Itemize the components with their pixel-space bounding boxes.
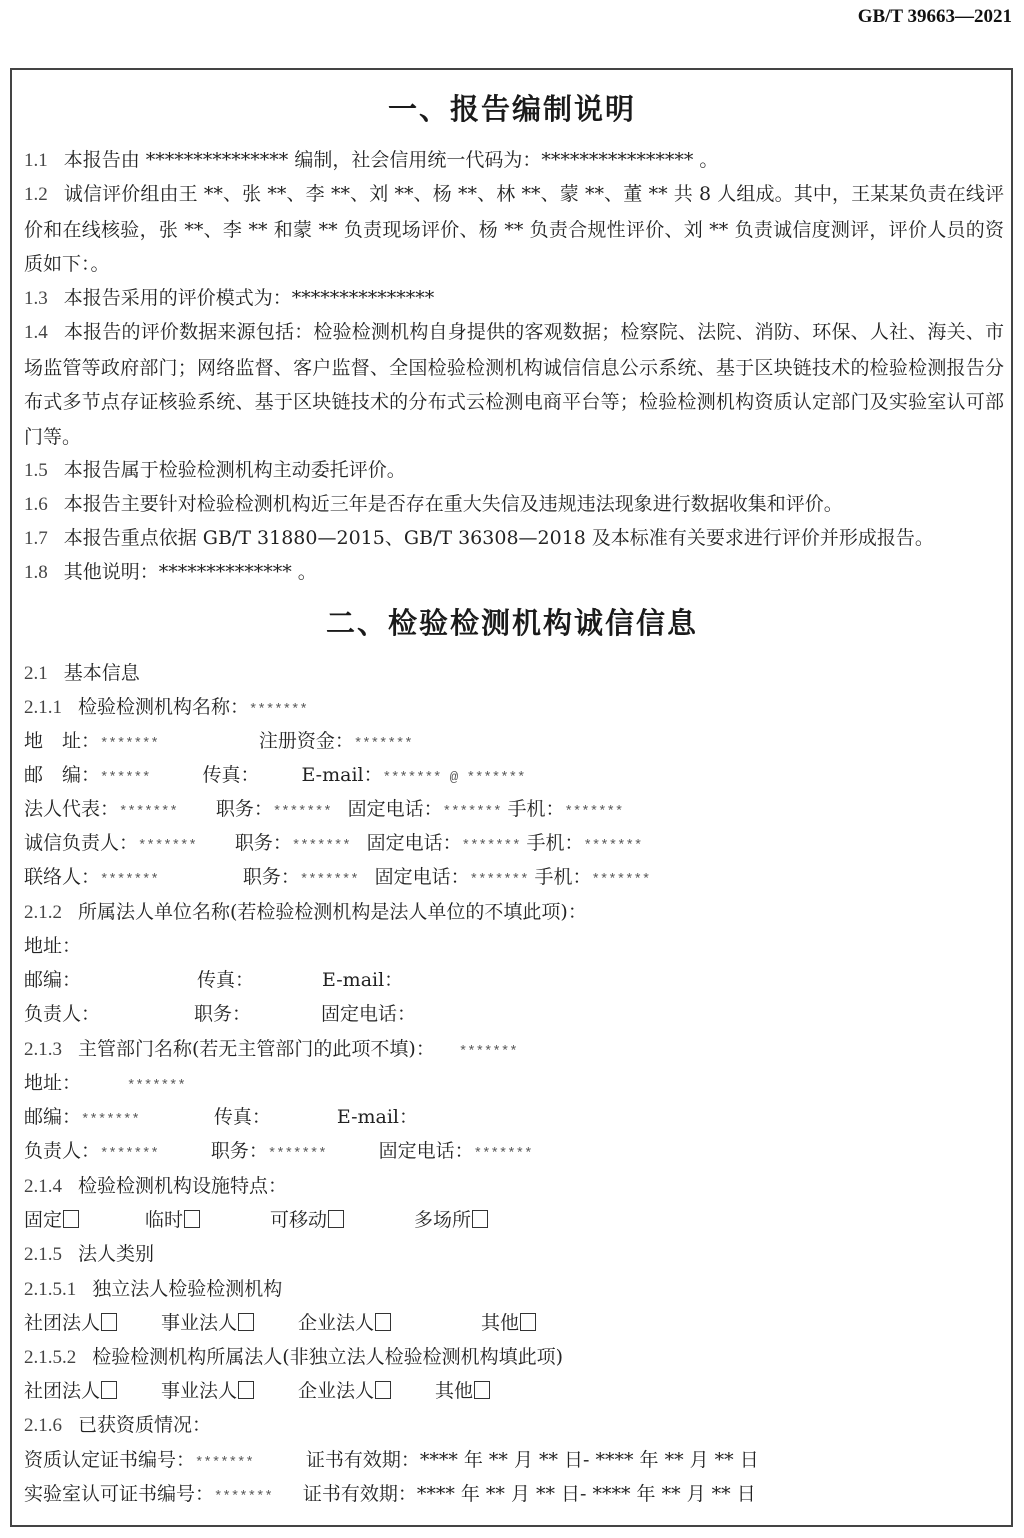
- item-number: 2.1.5.1: [24, 1279, 76, 1300]
- validity-value: **** 年 ** 月 ** 日- **** 年 ** 月 ** 日: [417, 1483, 756, 1505]
- heading-2-1-5-2: 2.1.5.2检验检测机构所属法人(非独立法人检验检测机构填此项): [24, 1340, 563, 1374]
- option-label: 可移动: [270, 1209, 327, 1231]
- facility-option-mobile[interactable]: 可移动: [270, 1209, 344, 1231]
- item-number: 2.1.2: [24, 902, 62, 923]
- item-1-2: 1.2诚信评价组由王 **、张 **、李 **、刘 **、杨 **、林 **、蒙…: [24, 177, 1004, 282]
- role-label: 法人代表：: [24, 798, 119, 820]
- title-value: *******: [300, 872, 359, 888]
- option-enterprise[interactable]: 企业法人: [298, 1380, 391, 1402]
- item-number: 1.6: [24, 494, 48, 515]
- item-number: 1.5: [24, 460, 48, 481]
- facility-option-fixed[interactable]: 固定: [24, 1209, 79, 1231]
- role-value: *******: [100, 872, 159, 888]
- item-1-8: 1.8其他说明：************** 。: [24, 555, 317, 589]
- option-label: 社团法人: [24, 1380, 100, 1402]
- address-label: 地址：: [24, 1072, 81, 1094]
- validity-value: **** 年 ** 月 ** 日- **** 年 ** 月 ** 日: [420, 1449, 759, 1471]
- checkbox[interactable]: [472, 1210, 488, 1228]
- item-number: 1.3: [24, 288, 48, 309]
- authority-name-value: *******: [459, 1044, 518, 1060]
- heading-text: 基本信息: [64, 662, 140, 684]
- institution-name-value: *******: [249, 702, 308, 718]
- option-public-institution[interactable]: 事业法人: [161, 1380, 254, 1402]
- title-label: 职务：: [243, 866, 300, 888]
- option-label: 固定: [24, 1209, 62, 1231]
- authority-postcode-row: 邮编：*******传真：E-mail：: [24, 1100, 418, 1134]
- item-number: 1.2: [24, 184, 48, 205]
- phone-label: 固定电话：: [321, 1003, 416, 1025]
- checkbox[interactable]: [238, 1313, 254, 1331]
- item-number: 2.1.6: [24, 1415, 62, 1436]
- facility-option-temporary[interactable]: 临时: [145, 1209, 200, 1231]
- item-1-4: 1.4本报告的评价数据来源包括：检验检测机构自身提供的客观数据；检察院、法院、消…: [24, 315, 1004, 454]
- contact-row-liaison: 联络人：*******职务：*******固定电话：*******手机：****…: [24, 860, 650, 894]
- phone-label: 固定电话：: [348, 798, 443, 820]
- validity-label: 证书有效期：: [306, 1449, 420, 1471]
- capital-label: 注册资金：: [259, 730, 354, 752]
- checkbox[interactable]: [101, 1313, 117, 1331]
- mobile-label: 手机：: [534, 866, 591, 888]
- parent-address-row: 地址：: [24, 929, 81, 963]
- checkbox[interactable]: [520, 1313, 536, 1331]
- option-label: 社团法人: [24, 1312, 100, 1334]
- item-number: 2.1.1: [24, 697, 62, 718]
- role-label: 诚信负责人：: [24, 832, 138, 854]
- head-value: *******: [100, 1146, 159, 1162]
- heading-text: 所属法人单位名称(若检验检测机构是法人单位的不填此项)：: [78, 901, 587, 923]
- option-label: 临时: [145, 1209, 183, 1231]
- title-value: *******: [292, 838, 351, 854]
- postcode-row: 邮 编：******传真：E-mail：******* @ *******: [24, 758, 525, 792]
- heading-2-1-3: 2.1.3主管部门名称(若无主管部门的此项不填)：*******: [24, 1032, 518, 1066]
- checkbox[interactable]: [63, 1210, 79, 1228]
- heading-2-1-2: 2.1.2所属法人单位名称(若检验检测机构是法人单位的不填此项)：: [24, 895, 587, 929]
- capital-value: *******: [354, 736, 413, 752]
- checkbox[interactable]: [101, 1381, 117, 1399]
- authority-head-row: 负责人：*******职务：*******固定电话：*******: [24, 1134, 532, 1168]
- heading-text: 法人类别: [78, 1243, 154, 1265]
- item-number: 2.1.3: [24, 1039, 62, 1060]
- postcode-label: 邮编：: [24, 1106, 81, 1128]
- fax-label: 传真：: [197, 969, 254, 991]
- email-value: ******* @ *******: [383, 770, 526, 786]
- postcode-label: 邮编：: [24, 969, 81, 991]
- item-1-6: 1.6本报告主要针对检验检测机构近三年是否存在重大失信及违规违法现象进行数据收集…: [24, 487, 843, 521]
- item-number: 1.4: [24, 322, 48, 343]
- option-label: 多场所: [414, 1209, 471, 1231]
- address-value: *******: [127, 1078, 186, 1094]
- item-number: 2.1.4: [24, 1176, 62, 1197]
- title-label: 职务：: [194, 1003, 251, 1025]
- parent-head-row: 负责人：职务：固定电话：: [24, 997, 416, 1031]
- parent-postcode-row: 邮编：传真：E-mail：: [24, 963, 403, 997]
- heading-text: 独立法人检验检测机构: [92, 1278, 282, 1300]
- heading-2-1: 2.1基本信息: [24, 656, 140, 690]
- address-value: *******: [100, 736, 159, 752]
- item-1-5: 1.5本报告属于检验检测机构主动委托评价。: [24, 453, 406, 487]
- contact-row-legal-rep: 法人代表：*******职务：*******固定电话：*******手机：***…: [24, 792, 623, 826]
- standard-code: GB/T 39663—2021: [858, 6, 1012, 28]
- cert-row-accreditation: 实验室认可证书编号：*******证书有效期：**** 年 ** 月 ** 日-…: [24, 1477, 756, 1511]
- address-row: 地 址：*******注册资金：*******: [24, 724, 413, 758]
- cert-number-value: *******: [195, 1455, 254, 1471]
- checkbox[interactable]: [375, 1381, 391, 1399]
- item-text: 本报告由 *************** 编制，社会信用统一代码为：******…: [64, 149, 719, 171]
- role-label: 联络人：: [24, 866, 100, 888]
- checkbox[interactable]: [328, 1210, 344, 1228]
- checkbox[interactable]: [184, 1210, 200, 1228]
- item-text: 本报告的评价数据来源包括：检验检测机构自身提供的客观数据；检察院、法院、消防、环…: [24, 321, 1004, 448]
- option-enterprise[interactable]: 企业法人: [298, 1312, 391, 1334]
- checkbox[interactable]: [375, 1313, 391, 1331]
- item-number: 1.1: [24, 150, 48, 171]
- option-label: 事业法人: [161, 1380, 237, 1402]
- option-other[interactable]: 其他: [481, 1312, 536, 1334]
- item-number: 2.1.5.2: [24, 1347, 76, 1368]
- title-label: 职务：: [235, 832, 292, 854]
- cert-number-label: 实验室认可证书编号：: [24, 1483, 214, 1505]
- mobile-value: *******: [565, 804, 624, 820]
- option-label: 事业法人: [161, 1312, 237, 1334]
- option-other[interactable]: 其他: [435, 1380, 490, 1402]
- item-number: 2.1.5: [24, 1244, 62, 1265]
- fax-label: 传真：: [202, 764, 259, 786]
- item-text: 本报告重点依据 GB/T 31880—2015、GB/T 36308—2018 …: [64, 527, 934, 549]
- heading-2-1-4: 2.1.4检验检测机构设施特点：: [24, 1169, 287, 1203]
- option-public-institution[interactable]: 事业法人: [161, 1312, 254, 1334]
- item-1-3: 1.3本报告采用的评价模式为：***************: [24, 281, 434, 315]
- heading-2-1-5: 2.1.5法人类别: [24, 1237, 154, 1271]
- cert-row-qualification: 资质认定证书编号：*******证书有效期：**** 年 ** 月 ** 日- …: [24, 1443, 759, 1477]
- phone-value: *******: [470, 872, 529, 888]
- item-number: 1.7: [24, 528, 48, 549]
- option-label: 企业法人: [298, 1312, 374, 1334]
- head-label: 负责人：: [24, 1003, 100, 1025]
- option-social-org[interactable]: 社团法人: [24, 1312, 117, 1334]
- item-text: 其他说明：************** 。: [64, 561, 317, 583]
- heading-text: 已获资质情况：: [78, 1414, 211, 1436]
- mobile-value: *******: [584, 838, 643, 854]
- heading-text: 主管部门名称(若无主管部门的此项不填)：: [78, 1038, 435, 1060]
- mobile-label: 手机：: [526, 832, 583, 854]
- item-number: 1.8: [24, 562, 48, 583]
- title-value: *******: [268, 1146, 327, 1162]
- phone-value: *******: [462, 838, 521, 854]
- facility-option-multisite[interactable]: 多场所: [414, 1209, 488, 1231]
- address-label: 地 址：: [24, 730, 100, 752]
- option-label: 企业法人: [298, 1380, 374, 1402]
- cert-number-label: 资质认定证书编号：: [24, 1449, 195, 1471]
- role-value: *******: [138, 838, 197, 854]
- phone-value: *******: [474, 1146, 533, 1162]
- item-text: 诚信评价组由王 **、张 **、李 **、刘 **、杨 **、林 **、蒙 **…: [24, 183, 1004, 275]
- phone-label: 固定电话：: [375, 866, 470, 888]
- checkbox[interactable]: [474, 1381, 490, 1399]
- heading-text: 检验检测机构设施特点：: [78, 1175, 287, 1197]
- email-label: E-mail：: [337, 1106, 418, 1128]
- heading-2-1-5-1: 2.1.5.1独立法人检验检测机构: [24, 1272, 282, 1306]
- independent-entity-options-row: 社团法人事业法人企业法人其他: [24, 1306, 536, 1340]
- role-value: *******: [119, 804, 178, 820]
- phone-label: 固定电话：: [367, 832, 462, 854]
- title-label: 职务：: [211, 1140, 268, 1162]
- authority-address-row: 地址：*******: [24, 1066, 186, 1100]
- facility-options-row: 固定临时可移动多场所: [24, 1203, 488, 1237]
- section-2-title: 二、检验检测机构诚信信息: [0, 601, 1024, 642]
- phone-value: *******: [443, 804, 502, 820]
- mobile-value: *******: [592, 872, 651, 888]
- item-text: 本报告属于检验检测机构主动委托评价。: [64, 459, 406, 481]
- title-label: 职务：: [216, 798, 273, 820]
- postcode-value: *******: [81, 1112, 140, 1128]
- section-1-title: 一、报告编制说明: [0, 87, 1024, 128]
- email-label: E-mail：: [322, 969, 403, 991]
- postcode-value: ******: [100, 770, 150, 786]
- address-label: 地址：: [24, 935, 81, 957]
- postcode-label: 邮 编：: [24, 764, 100, 786]
- head-label: 负责人：: [24, 1140, 100, 1162]
- item-text: 本报告采用的评价模式为：***************: [64, 287, 435, 309]
- checkbox[interactable]: [238, 1381, 254, 1399]
- fax-label: 传真：: [214, 1106, 271, 1128]
- heading-2-1-6: 2.1.6已获资质情况：: [24, 1408, 211, 1442]
- heading-2-1-1: 2.1.1检验检测机构名称：*******: [24, 690, 308, 724]
- mobile-label: 手机：: [507, 798, 564, 820]
- item-text: 本报告主要针对检验检测机构近三年是否存在重大失信及违规违法现象进行数据收集和评价…: [64, 493, 843, 515]
- option-label: 其他: [435, 1380, 473, 1402]
- heading-text: 检验检测机构所属法人(非独立法人检验检测机构填此项): [92, 1346, 563, 1368]
- email-label: E-mail：: [301, 764, 382, 786]
- item-1-1: 1.1本报告由 *************** 编制，社会信用统一代码为：***…: [24, 143, 718, 177]
- affiliated-entity-options-row: 社团法人事业法人企业法人其他: [24, 1374, 490, 1408]
- cert-number-value: *******: [214, 1489, 273, 1505]
- item-1-7: 1.7本报告重点依据 GB/T 31880—2015、GB/T 36308—20…: [24, 521, 934, 555]
- item-number: 2.1: [24, 663, 48, 684]
- validity-label: 证书有效期：: [303, 1483, 417, 1505]
- option-social-org[interactable]: 社团法人: [24, 1380, 117, 1402]
- contact-row-integrity-head: 诚信负责人：*******职务：*******固定电话：*******手机：**…: [24, 826, 642, 860]
- title-value: *******: [273, 804, 332, 820]
- field-label: 检验检测机构名称：: [78, 696, 249, 718]
- option-label: 其他: [481, 1312, 519, 1334]
- phone-label: 固定电话：: [379, 1140, 474, 1162]
